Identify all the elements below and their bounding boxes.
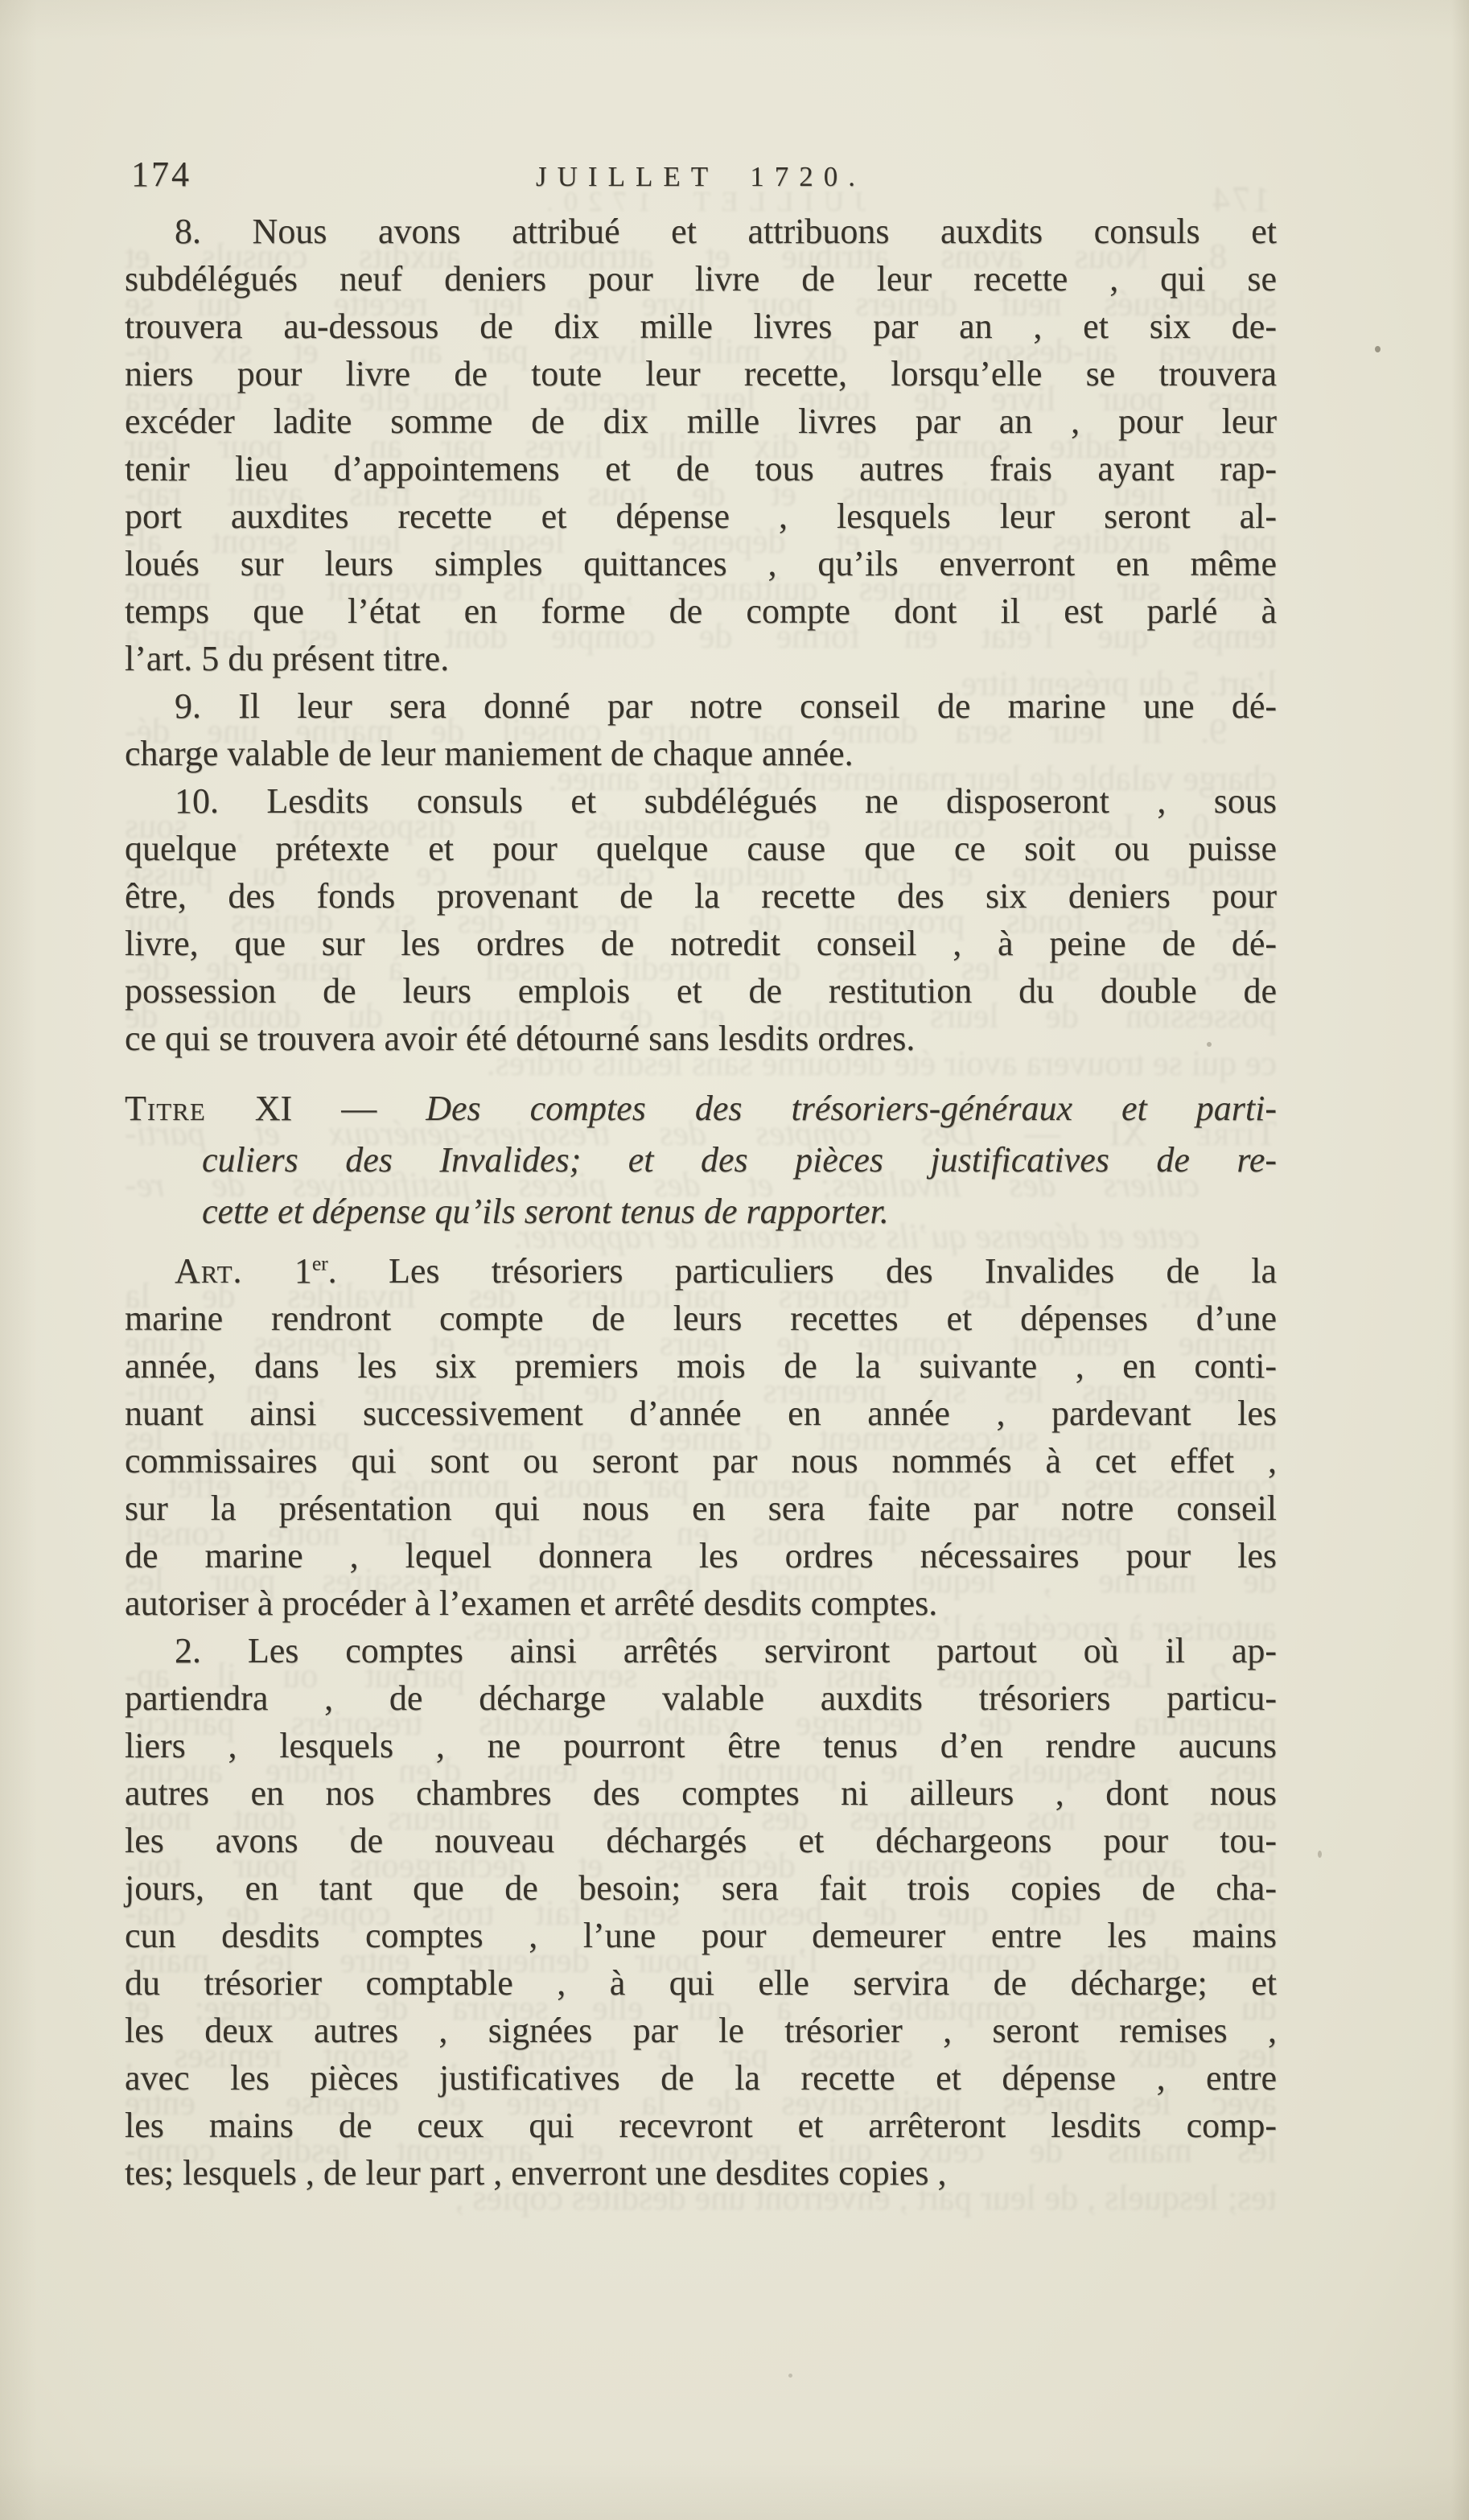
paper-speck [1318, 1851, 1322, 1858]
paragraph: Art. 1er. Les trésoriers particuliers de… [125, 1247, 1277, 1627]
text-line: Titre XI — Des comptes des trésoriers-gé… [125, 1083, 1277, 1134]
text-line: ce qui se trouvera avoir été détourné sa… [125, 1015, 1277, 1062]
text-line: tenir lieu d’appointemens et de tous aut… [125, 445, 1277, 492]
text-line: possession de leurs emplois et de restit… [125, 967, 1277, 1015]
running-header: JUILLET 1720. [125, 160, 1277, 194]
text-line: être, des fonds provenant de la recette … [125, 872, 1277, 920]
text-line: commissaires qui sont ou seront par nous… [125, 1437, 1277, 1484]
text-line: cette et dépense qu’ils seront tenus de … [125, 1186, 1277, 1237]
text-line: trouvera au-dessous de dix mille livres … [125, 303, 1277, 350]
text-line: culiers des Invalides; et des pièces jus… [125, 1134, 1277, 1186]
text-line: marine rendront compte de leurs recettes… [125, 1295, 1277, 1342]
paper-speck [1207, 1042, 1212, 1047]
page-content: 174 JUILLET 1720. 8. Nous avons attribué… [125, 155, 1277, 2197]
text-line: autoriser à procéder à l’examen et arrêt… [125, 1579, 1277, 1627]
scanned-page: 174 JUILLET 1720. 8. Nous avons attribué… [0, 0, 1469, 2520]
section-heading: Titre XI — Des comptes des trésoriers-gé… [125, 1083, 1277, 1237]
text-line: livre, que sur les ordres de notredit co… [125, 920, 1277, 967]
text-line: temps que l’état en forme de compte dont… [125, 587, 1277, 635]
text-line: 10. Lesdits consuls et subdélégués ne di… [125, 777, 1277, 825]
text-line: autres en nos chambres des comptes ni ai… [125, 1769, 1277, 1817]
text-line: quelque prétexte et pour quelque cause q… [125, 825, 1277, 872]
text-line: cun desdits comptes , l’une pour demeure… [125, 1912, 1277, 1959]
text-line: Art. 1er. Les trésoriers particuliers de… [125, 1247, 1277, 1295]
text-line: 9. Il leur sera donné par notre conseil … [125, 682, 1277, 730]
paper-speck [1375, 346, 1381, 352]
text-line: 8. Nous avons attribué et attribuons aux… [125, 208, 1277, 255]
text-line: tes; lesquels , de leur part , enverront… [125, 2149, 1277, 2197]
text-line: 2. Les comptes ainsi arrêtés serviront p… [125, 1627, 1277, 1674]
paragraph: 8. Nous avons attribué et attribuons aux… [125, 208, 1277, 682]
text-line: du trésorier comptable , à qui elle serv… [125, 1959, 1277, 2007]
text-line: avec les pièces justificatives de la rec… [125, 2054, 1277, 2102]
text-line: loués sur leurs simples quittances , qu’… [125, 540, 1277, 587]
text-line: jours, en tant que de besoin; sera fait … [125, 1864, 1277, 1912]
paragraph: 10. Lesdits consuls et subdélégués ne di… [125, 777, 1277, 1062]
text-line: les deux autres , signées par le trésori… [125, 2007, 1277, 2054]
text-line: année, dans les six premiers mois de la … [125, 1342, 1277, 1390]
paper-speck [788, 2374, 792, 2378]
text-line: subdélégués neuf deniers pour livre de l… [125, 255, 1277, 303]
text-line: nuant ainsi successivement d’année en an… [125, 1390, 1277, 1437]
text-line: les avons de nouveau déchargés et déchar… [125, 1817, 1277, 1864]
text-line: liers , lesquels , ne pourront être tenu… [125, 1722, 1277, 1769]
paragraph: 2. Les comptes ainsi arrêtés serviront p… [125, 1627, 1277, 2197]
text-line: l’art. 5 du présent titre. [125, 635, 1277, 682]
text-line: les mains de ceux qui recevront et arrêt… [125, 2102, 1277, 2149]
text-line: port auxdites recette et dépense , lesqu… [125, 492, 1277, 540]
text-line: charge valable de leur maniement de chaq… [125, 730, 1277, 777]
text-line: excéder ladite somme de dix mille livres… [125, 397, 1277, 445]
page-header: 174 JUILLET 1720. [125, 155, 1277, 194]
text-line: niers pour livre de toute leur recette, … [125, 350, 1277, 397]
text-line: sur la présentation qui nous en sera fai… [125, 1484, 1277, 1532]
text-body: 8. Nous avons attribué et attribuons aux… [125, 208, 1277, 2197]
paragraph: 9. Il leur sera donné par notre conseil … [125, 682, 1277, 777]
text-line: de marine , lequel donnera les ordres né… [125, 1532, 1277, 1579]
text-line: partiendra , de décharge valable auxdits… [125, 1674, 1277, 1722]
